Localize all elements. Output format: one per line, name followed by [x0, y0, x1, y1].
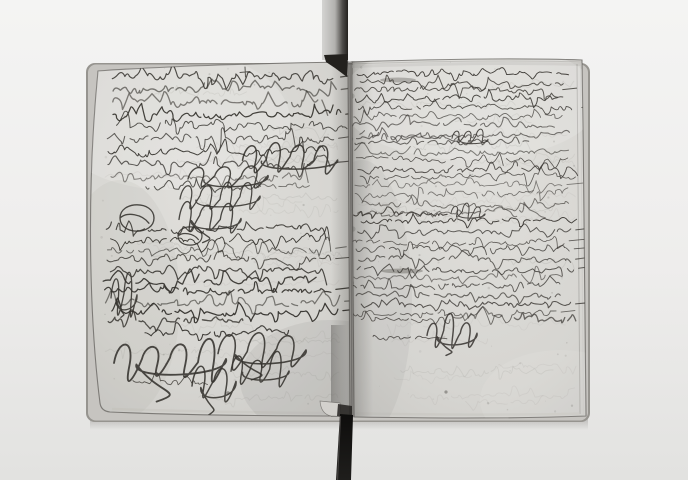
- paper-speck: [200, 198, 201, 199]
- paper-speck: [557, 353, 559, 355]
- paper-speck: [501, 219, 502, 220]
- paper-speck: [488, 287, 491, 290]
- paper-speck: [218, 316, 219, 317]
- paper-speck: [443, 336, 445, 338]
- paper-speck: [544, 211, 546, 213]
- paper-speck: [300, 233, 302, 235]
- paper-speck: [226, 325, 227, 326]
- paper-speck: [227, 68, 229, 70]
- paper-speck: [268, 72, 269, 73]
- paper-speck: [573, 165, 575, 167]
- paper-speck: [571, 405, 573, 407]
- paper-speck: [196, 357, 197, 358]
- paper-speck: [561, 278, 562, 279]
- paper-speck: [163, 354, 165, 356]
- paper-speck: [466, 93, 467, 94]
- paper-speck: [519, 362, 521, 364]
- paper-speck: [408, 393, 409, 394]
- paper-speck: [289, 278, 291, 280]
- top-strap: [322, 0, 348, 60]
- book-spread: [50, 40, 640, 450]
- paper-speck: [161, 285, 163, 287]
- foxing-spot: [444, 390, 447, 393]
- paper-speck: [491, 346, 492, 347]
- paper-speck: [379, 386, 380, 387]
- paper-speck: [178, 349, 180, 351]
- paper-speck: [270, 214, 272, 216]
- archival-scan-photo: [0, 0, 688, 480]
- paper-speck: [208, 73, 210, 75]
- paper-speck: [175, 133, 177, 135]
- paper-speck: [498, 161, 500, 163]
- paper-speck: [434, 210, 436, 212]
- paper-speck: [249, 295, 250, 296]
- paper-speck: [545, 401, 546, 402]
- paper-speck: [312, 250, 314, 252]
- paper-speck: [522, 103, 523, 104]
- paper-speck: [547, 196, 549, 198]
- paper-speck: [112, 240, 113, 241]
- paper-speck: [254, 84, 256, 86]
- paper-speck: [435, 185, 437, 187]
- paper-speck: [553, 140, 555, 142]
- paper-speck: [424, 149, 425, 150]
- paper-speck: [104, 314, 105, 315]
- paper-speck: [507, 409, 509, 411]
- ink-blot: [380, 78, 416, 83]
- paper-speck: [302, 204, 304, 206]
- paper-speck: [111, 255, 113, 257]
- paper-speck: [308, 238, 310, 240]
- paper-speck: [360, 66, 362, 68]
- paper-speck: [207, 194, 208, 195]
- paper-speck: [378, 261, 379, 262]
- paper-speck: [194, 347, 195, 348]
- paper-speck: [407, 335, 409, 337]
- paper-speck: [254, 261, 257, 264]
- paper-speck: [307, 403, 309, 405]
- paper-speck: [418, 273, 419, 274]
- paper-speck: [120, 276, 122, 278]
- paper-speck: [565, 355, 567, 357]
- paper-speck: [102, 200, 104, 202]
- ink-blot: [381, 269, 423, 274]
- paper-speck: [100, 236, 103, 239]
- paper-speck: [399, 266, 401, 268]
- paper-speck: [327, 134, 329, 136]
- paper-speck: [418, 254, 420, 256]
- paper-speck: [158, 94, 159, 95]
- paper-speck: [450, 62, 451, 63]
- paper-speck: [156, 289, 158, 291]
- paper-speck: [494, 68, 496, 70]
- paper-speck: [510, 370, 511, 371]
- paper-speck: [551, 292, 553, 294]
- paper-speck: [434, 333, 436, 335]
- paper-speck: [203, 209, 205, 211]
- paper-speck: [330, 255, 331, 256]
- paper-speck: [471, 174, 473, 176]
- paper-speck: [554, 410, 556, 412]
- paper-speck: [105, 156, 108, 159]
- paper-speck: [458, 77, 460, 79]
- paper-speck: [269, 350, 271, 352]
- paper-speck: [113, 378, 115, 380]
- paper-speck: [164, 68, 165, 69]
- paper-speck: [278, 205, 279, 206]
- paper-speck: [261, 135, 262, 136]
- paper-speck: [468, 172, 471, 175]
- paper-speck: [421, 125, 423, 127]
- manuscript-scan: [0, 0, 688, 480]
- paper-speck: [460, 129, 461, 130]
- paper-speck: [169, 344, 170, 345]
- paper-speck: [496, 265, 497, 266]
- paper-speck: [526, 222, 527, 223]
- paper-speck: [427, 93, 429, 95]
- paper-speck: [419, 350, 422, 353]
- paper-speck: [438, 261, 440, 263]
- paper-speck: [487, 402, 489, 404]
- paper-speck: [566, 342, 568, 344]
- paper-speck: [432, 398, 434, 400]
